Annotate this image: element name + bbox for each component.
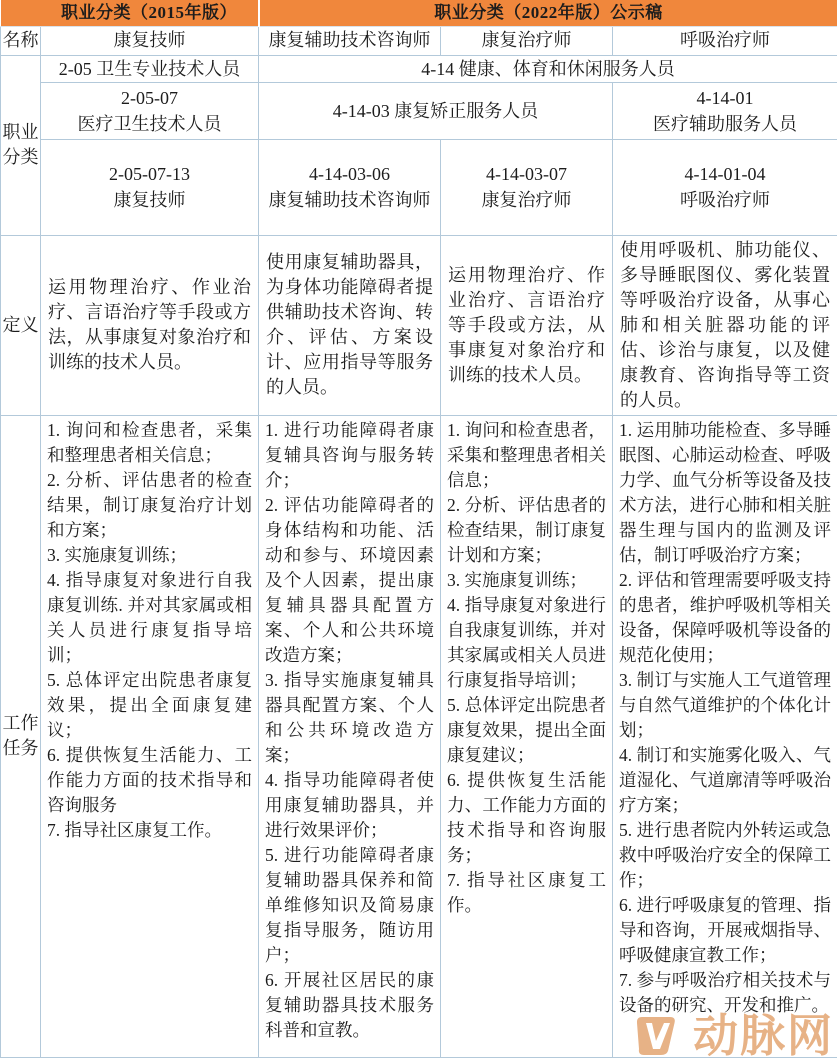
occupation-name-fuzhu-zixunshi: 康复辅助技术咨询师 <box>259 26 441 55</box>
definition-row: 定义 运用物理治疗、作业治疗、言语治疗等手段或方法，从事康复对象治疗和训练的技术… <box>1 235 837 415</box>
tasks-col2: 1. 进行功能障碍者康复辅具咨询与服务转介； 2. 评估功能障碍者的身体结构和功… <box>259 415 441 1058</box>
class-l2-old: 2-05-07 医疗卫生技术人员 <box>41 82 259 139</box>
classification-level2-row: 2-05-07 医疗卫生技术人员 4-14-03 康复矫正服务人员 4-14-0… <box>1 82 837 139</box>
class-l2-new-mid: 4-14-03 康复矫正服务人员 <box>259 82 613 139</box>
definition-col2: 使用康复辅助器具，为身体功能障碍者提供辅助技术咨询、转介、评估、方案设计、应用指… <box>259 235 441 415</box>
occupation-name-kangfu-jishi: 康复技师 <box>41 26 259 55</box>
classification-level1-row: 职业 分类 2-05 卫生专业技术人员 4-14 健康、体育和休闲服务人员 <box>1 55 837 82</box>
classification-level3-row: 2-05-07-13 康复技师 4-14-03-06 康复辅助技术咨询师 4-1… <box>1 139 837 235</box>
header-2015: 职业分类（2015年版） <box>1 0 259 26</box>
header-row: 职业分类（2015年版） 职业分类（2022年版）公示稿 <box>1 0 837 26</box>
tasks-row: 工作 任务 1. 询问和检查患者，采集和整理患者相关信息； 2. 分析、评估患者… <box>1 415 837 1058</box>
definition-col4: 使用呼吸机、肺功能仪、多导睡眠图仪、雾化装置等呼吸治疗设备，从事心肺和相关脏器功… <box>613 235 837 415</box>
definition-col1: 运用物理治疗、作业治疗、言语治疗等手段或方法，从事康复对象治疗和训练的技术人员。 <box>41 235 259 415</box>
row-label-classification: 职业 分类 <box>1 55 41 235</box>
class-l1-new: 4-14 健康、体育和休闲服务人员 <box>259 55 837 82</box>
row-label-name: 名称 <box>1 26 41 55</box>
class-l3-col4: 4-14-01-04 呼吸治疗师 <box>613 139 837 235</box>
header-2022: 职业分类（2022年版）公示稿 <box>259 0 837 26</box>
class-l1-old: 2-05 卫生专业技术人员 <box>41 55 259 82</box>
class-l3-col2: 4-14-03-06 康复辅助技术咨询师 <box>259 139 441 235</box>
occupation-name-zhiliaoshi: 康复治疗师 <box>441 26 613 55</box>
definition-col3: 运用物理治疗、作业治疗、言语治疗等手段或方法，从事康复对象治疗和训练的技术人员。 <box>441 235 613 415</box>
class-l3-col3: 4-14-03-07 康复治疗师 <box>441 139 613 235</box>
tasks-col4: 1. 运用肺功能检查、多导睡眠图、心肺运动检查、呼吸力学、血气分析等设备及技术方… <box>613 415 837 1058</box>
occupation-name-huxi-zhiliaoshi: 呼吸治疗师 <box>613 26 837 55</box>
occupation-comparison-table: 职业分类（2015年版） 职业分类（2022年版）公示稿 名称 康复技师 康复辅… <box>0 0 837 1058</box>
class-l2-new-right: 4-14-01 医疗辅助服务人员 <box>613 82 837 139</box>
tasks-col1: 1. 询问和检查患者，采集和整理患者相关信息； 2. 分析、评估患者的检查结果，… <box>41 415 259 1058</box>
row-label-tasks: 工作 任务 <box>1 415 41 1058</box>
names-row: 名称 康复技师 康复辅助技术咨询师 康复治疗师 呼吸治疗师 <box>1 26 837 55</box>
tasks-col3: 1. 询问和检查患者，采集和整理患者相关信息； 2. 分析、评估患者的检查结果，… <box>441 415 613 1058</box>
class-l3-col1: 2-05-07-13 康复技师 <box>41 139 259 235</box>
row-label-definition: 定义 <box>1 235 41 415</box>
